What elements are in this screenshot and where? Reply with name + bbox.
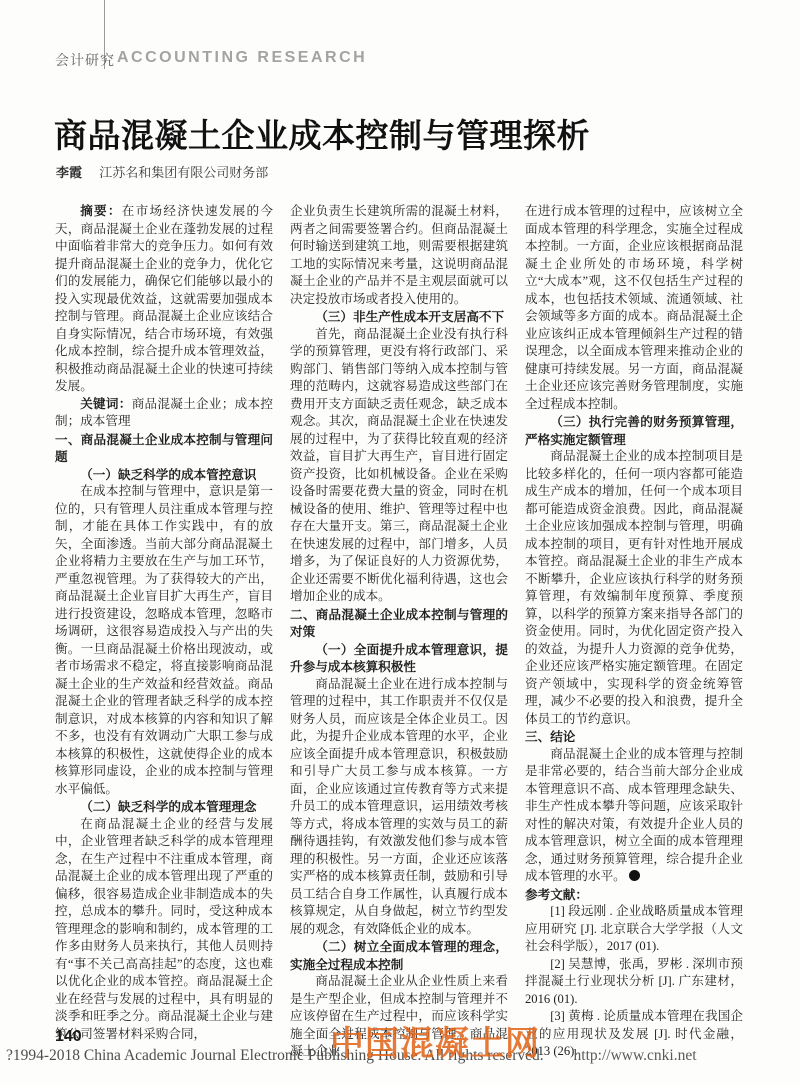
references-heading: 参考文献： bbox=[525, 886, 743, 904]
reference-2: [2] 吴慧博，张禹，罗彬 . 深圳市预拌混凝土行业现状分析 [J]. 广东建材… bbox=[525, 956, 743, 1009]
journal-page: 会计研究 ACCOUNTING RESEARCH 商品混凝土企业成本控制与管理探… bbox=[0, 0, 800, 1085]
author-name: 李霞 bbox=[56, 166, 82, 181]
paragraph: 在成本控制与管理中，意识是第一位的，只有管理人员注重成本管理与控制，才能在具体工… bbox=[55, 483, 273, 798]
keywords: 关键词：商品混凝土企业；成本控制；成本管理 bbox=[55, 396, 273, 431]
paragraph: 企业负责生长建筑所需的混凝土材料，两者之间需要签署合约。但商品混凝土何时输送到建… bbox=[290, 203, 508, 308]
paragraph-lead-label: 摘要： bbox=[80, 204, 122, 218]
end-of-article-mark-icon bbox=[629, 870, 640, 881]
article-title: 商品混凝土企业成本控制与管理探析 bbox=[54, 110, 754, 157]
subsection-heading-2-1: （一）全面提升成本管理意识，提升参与成本核算积极性 bbox=[290, 641, 508, 676]
subsection-heading-1-1: （一）缺乏科学的成本管控意识 bbox=[55, 466, 273, 484]
subsection-heading-2-3: （三）执行完善的财务预算管理，严格实施定额管理 bbox=[525, 413, 743, 448]
paragraph: 商品混凝土企业的成本控制项目是比较多样化的，任何一项内容都可能造成生产成本的增加… bbox=[525, 448, 743, 728]
reference-1: [1] 段远刚 . 企业战略质量成本管理应用研究 [J]. 北京联合大学学报（人… bbox=[525, 903, 743, 956]
section-heading-1: 一、商品混凝土企业成本控制与管理问题 bbox=[55, 431, 273, 466]
column-1: 摘要：在市场经济快速发展的今天，商品混凝土企业在蓬勃发展的过程中面临着非常大的竞… bbox=[55, 203, 273, 1061]
subsection-heading-2-2: （二）树立全面成本管理的理念，实施全过程成本控制 bbox=[290, 938, 508, 973]
author-affiliation: 江苏名和集团有限公司财务部 bbox=[99, 165, 268, 180]
abstract: 摘要：在市场经济快速发展的今天，商品混凝土企业在蓬勃发展的过程中面临着非常大的竞… bbox=[55, 203, 273, 396]
cnki-url: http://www.cnki.net bbox=[574, 1047, 697, 1064]
byline: 李霞 江苏名和集团有限公司财务部 bbox=[56, 162, 268, 181]
page-number: 140 bbox=[55, 1028, 82, 1046]
paragraph: 在进行成本管理的过程中，应该树立全面成本管理的科学理念，实施全过程成本控制。一方… bbox=[525, 203, 743, 413]
column-3: 在进行成本管理的过程中，应该树立全面成本管理的科学理念，实施全过程成本控制。一方… bbox=[525, 203, 743, 1061]
conclusion-paragraph: 商品混凝土企业的成本管理与控制是非常必要的，结合当前大部分企业成本管理意识不高、… bbox=[525, 746, 743, 886]
section-heading-3: 三、结论 bbox=[525, 728, 743, 746]
article-body: 摘要：在市场经济快速发展的今天，商品混凝土企业在蓬勃发展的过程中面临着非常大的竞… bbox=[55, 203, 745, 1061]
section-heading-2: 二、商品混凝土企业成本控制与管理的对策 bbox=[290, 606, 508, 641]
journal-name-english: ACCOUNTING RESEARCH bbox=[117, 49, 367, 67]
paragraph: 商品混凝土企业在进行成本控制与管理的过程中，其工作职责并不仅仅是财务人员，而应该… bbox=[290, 676, 508, 939]
subsection-heading-1-3: （三）非生产性成本开支居高不下 bbox=[290, 308, 508, 326]
site-watermark: 中国混凝土网 bbox=[330, 1016, 540, 1065]
paragraph-lead-label: 关键词： bbox=[80, 397, 132, 411]
column-2: 企业负责生长建筑所需的混凝土材料，两者之间需要签署合约。但商品混凝土何时输送到建… bbox=[290, 203, 508, 1061]
paragraph: 在商品混凝土企业的经营与发展中，企业管理者缺乏科学的成本管理理念，在生产过程中不… bbox=[55, 816, 273, 1044]
paragraph: 首先，商品混凝土企业没有执行科学的预算管理，更没有将行政部门、采购部门、销售部门… bbox=[290, 326, 508, 606]
subsection-heading-1-2: （二）缺乏科学的成本管理理念 bbox=[55, 798, 273, 816]
journal-name-chinese: 会计研究 bbox=[55, 50, 115, 70]
